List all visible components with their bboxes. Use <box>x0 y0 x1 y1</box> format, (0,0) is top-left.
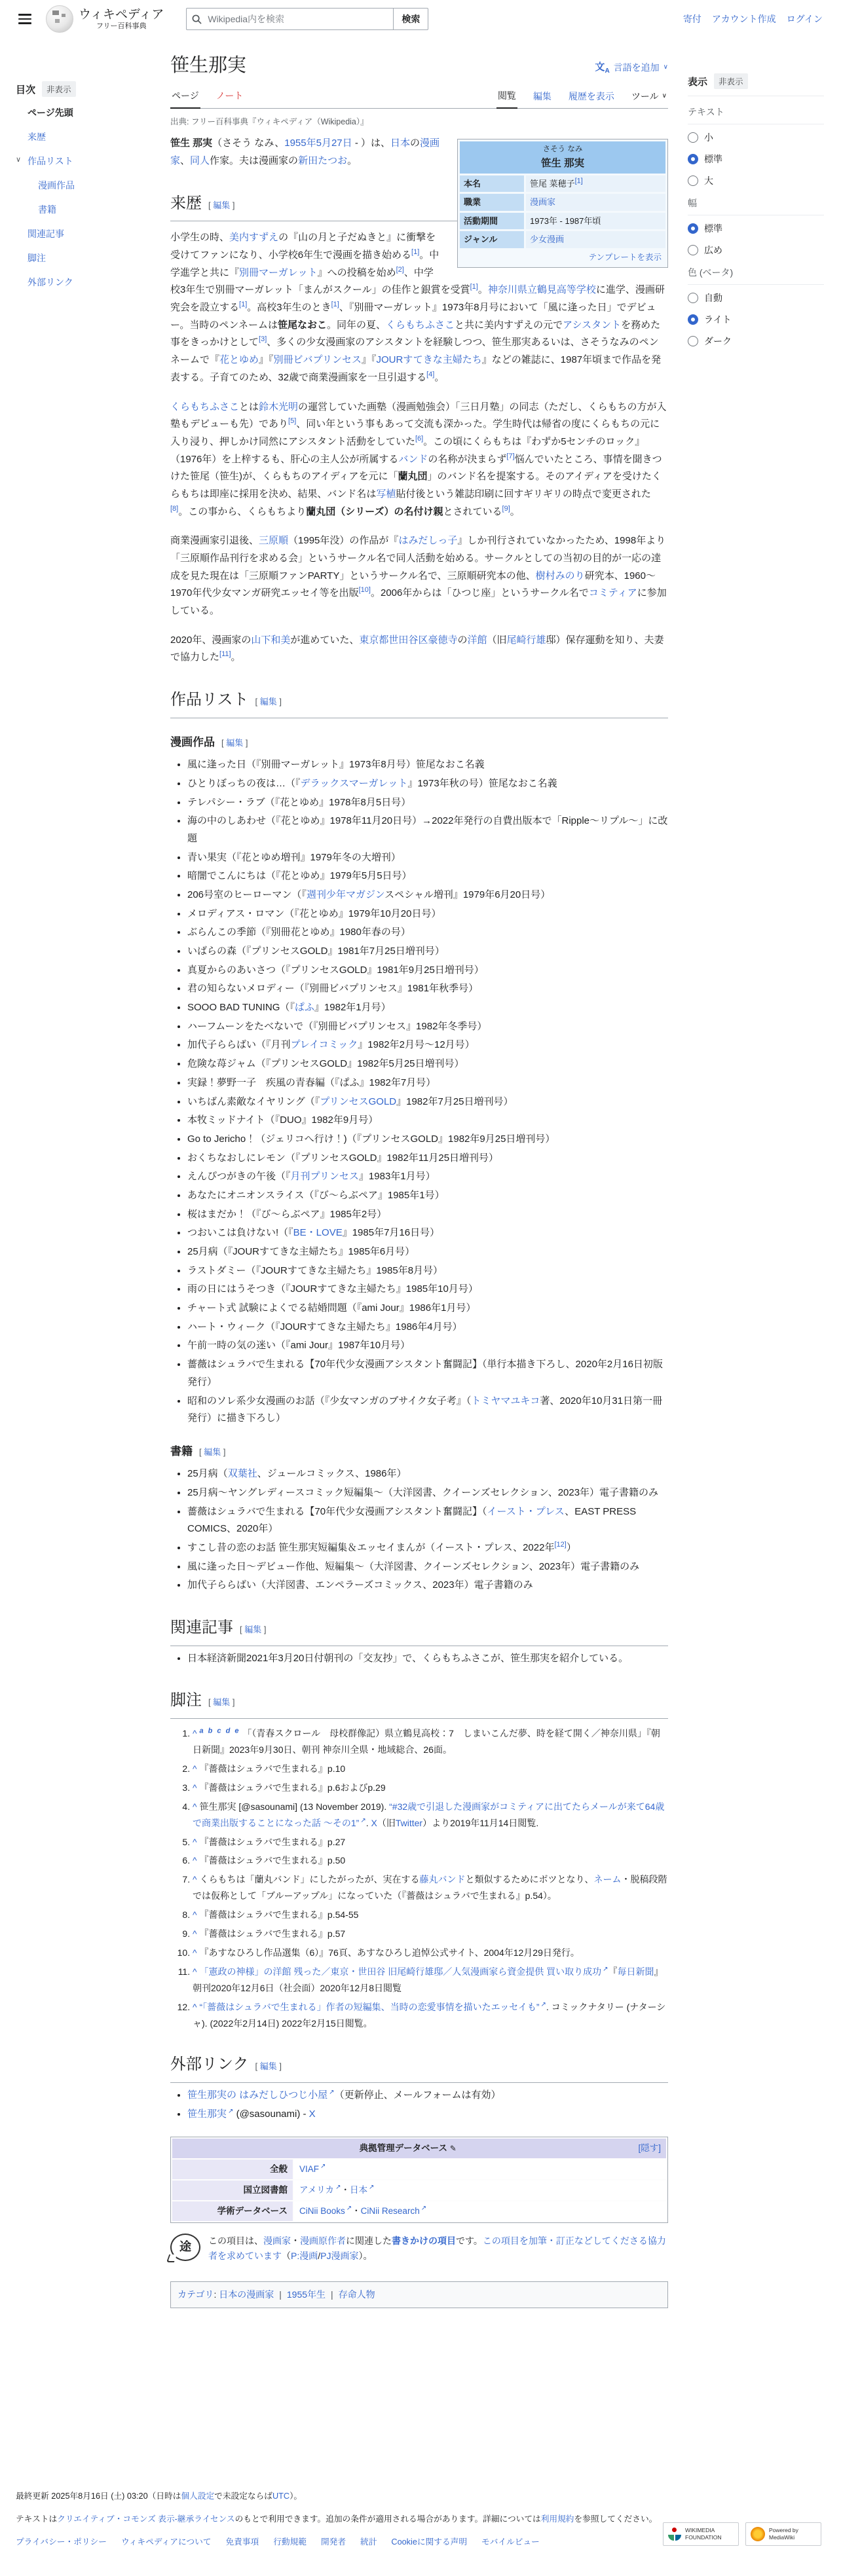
manga-works-list: 風に逢った日（『別冊マーガレット』1973年8月号）笹尾なおこ名義ひとりぼっちの… <box>170 756 668 1427</box>
list-item: 日本経済新聞2021年3月20日付朝刊の「交友抄」で、くらもちふさこが、笹生那実… <box>187 1650 668 1668</box>
top-header: ウィキペディア フリー百科事典 検索 寄付 アカウント作成 ログイン <box>0 0 841 38</box>
footnote-item: ^ “「薔薇はシュラバで生まれる」作者の短編集、当時の恋愛事情を描いたエッセイも… <box>193 1999 668 2032</box>
footer-link[interactable]: プライバシー・ポリシー <box>16 2535 107 2550</box>
toc-item-作品リスト[interactable]: ∨作品リスト <box>16 155 151 168</box>
radio-option-ダーク[interactable]: ダーク <box>688 335 824 348</box>
toc-link[interactable]: 書籍 <box>38 203 56 216</box>
inline-link[interactable]: UTC <box>272 2492 290 2501</box>
inline-link[interactable]: 別冊マーガレット <box>239 267 318 278</box>
backlink-letters: a b c d e <box>199 1727 240 1735</box>
radio-option-標準[interactable]: 標準 <box>688 222 824 235</box>
inline-link[interactable]: くらもちふさこ <box>386 320 455 331</box>
reference-link[interactable]: [9] <box>502 505 510 513</box>
edit-section-link[interactable]: [ 編集 ] <box>208 200 234 210</box>
page-footer: 最終更新 2025年8月16日 (土) 03:20（日時は個人設定で未設定ならば… <box>0 2472 841 2576</box>
reference: [7] <box>506 452 514 460</box>
hamburger-menu-icon[interactable] <box>13 7 37 31</box>
appearance-hide-button[interactable]: 非表示 <box>714 73 748 89</box>
show-template-link[interactable]: テンプレートを表示 <box>589 253 662 262</box>
last-modified-text: 最終更新 2025年8月16日 (土) 03:20（日時は個人設定で未設定ならば… <box>16 2489 658 2504</box>
infobox-label: ジャンル <box>460 231 524 248</box>
list-item: 午前一時の気の迷い（『ami Jour』1987年10月号） <box>187 1337 668 1355</box>
external-link-icon: ↗ <box>360 1817 365 1824</box>
list-item: 25月病（『JOURすてきな主婦たち』1985年6月号） <box>187 1243 668 1261</box>
edit-pencil-icon[interactable]: ✎ <box>450 2144 457 2153</box>
infobox-value: 1973年 - 1987年頃 <box>526 213 665 230</box>
inline-link[interactable]: 東京都 <box>359 635 388 646</box>
authority-row: 学術データベースCiNii Books↗・CiNii Research↗ <box>172 2201 666 2221</box>
stub-notice: 途 この項目は、漫画家・漫画原作者に関連した書きかけの項目です。この項目を加筆・… <box>170 2234 668 2265</box>
inline-link[interactable]: 美内すずえ <box>229 232 278 243</box>
authority-value: VIAF↗ <box>294 2160 666 2179</box>
search-bar: 検索 <box>186 8 428 30</box>
inline-link[interactable]: 同人 <box>190 155 210 166</box>
list-item: SOOO BAD TUNING（『ぱふ』1982年1月号） <box>187 999 668 1017</box>
tab-edit[interactable]: 編集 <box>533 91 551 101</box>
reference: [8] <box>170 505 178 513</box>
appearance-group: 幅標準広め <box>688 196 824 257</box>
inline-link[interactable]: 漫画家 <box>530 197 555 207</box>
list-item: メロディアス・ロマン（『花とゆめ』1979年10月20日号） <box>187 906 668 923</box>
appearance-group: 色 (ベータ)自動ライトダーク <box>688 266 824 348</box>
tab-talk[interactable]: ノート <box>216 90 244 101</box>
radio-selected-icon[interactable] <box>688 154 698 164</box>
inline-link[interactable]: ^ <box>193 1763 197 1774</box>
inline-link[interactable]: ^ <box>193 1874 197 1885</box>
inline-link[interactable]: 藤丸バンド <box>419 1874 465 1885</box>
list-item: 本牧ミッドナイト（『DUO』1982年9月号） <box>187 1112 668 1130</box>
page-title: 笹生那実 <box>170 54 246 77</box>
list-item: ハーフムーンをたべないで（『別冊ビバプリンセス』1982年冬季号） <box>187 1018 668 1036</box>
stub-text: この項目は、漫画家・漫画原作者に関連した書きかけの項目です。この項目を加筆・訂正… <box>208 2234 668 2265</box>
inline-link[interactable]: ぱふ <box>295 1002 314 1013</box>
list-item: 昭和のソレ系少女漫画のお話（『少女マンガのブサイク女子考』（トミヤマユキコ著、2… <box>187 1393 668 1427</box>
radio-label: 標準 <box>704 153 722 166</box>
inline-link[interactable]: ^ <box>193 1966 197 1977</box>
list-item: あなたにオニオンスライス（『び〜らぶペア』1985年1号） <box>187 1187 668 1205</box>
section-heading-external: 外部リンク[ 編集 ] <box>170 2051 668 2083</box>
authority-header-link[interactable]: 典拠管理データベース <box>360 2143 447 2153</box>
reference: [12] <box>554 1541 566 1549</box>
toc-link[interactable]: ページ先頭 <box>28 106 73 119</box>
toc-link[interactable]: 関連記事 <box>28 227 64 240</box>
list-item: テレパシー・ラブ（『花とゆめ』1978年8月5日号） <box>187 794 668 812</box>
toc-item-来歴[interactable]: 来歴 <box>16 130 151 143</box>
login-link[interactable]: ログイン <box>787 12 823 26</box>
appearance-group-title: 幅 <box>688 196 824 215</box>
radio-icon[interactable] <box>688 132 698 143</box>
inline-link[interactable]: 尾崎行雄 <box>507 635 546 646</box>
mediawiki-flower-icon <box>751 2527 765 2541</box>
reference-link[interactable]: [10] <box>359 586 371 594</box>
infobox-value: 笹尾 菜穂子[1] <box>526 175 665 193</box>
inline-link[interactable]: 樹村みのり <box>536 570 585 581</box>
list-item: チャート式 試験によくでる結婚問題（『ami Jour』1986年1月号） <box>187 1300 668 1317</box>
footer-link[interactable]: モバイルビュー <box>481 2535 540 2550</box>
list-item: 桜はまだか！（『び〜らぶペア』1985年2号） <box>187 1206 668 1224</box>
radio-icon[interactable] <box>688 336 698 346</box>
radio-label: ライト <box>704 313 732 326</box>
external-link[interactable]: “#32歳で引退した漫画家がコミティアに出てたらメールが来て64歳で商業出版する… <box>193 1801 664 1828</box>
inline-link[interactable]: はみだしっ子 <box>398 535 457 546</box>
radio-label: ダーク <box>704 335 732 348</box>
powered-by-mediawiki-badge[interactable]: Powered by MediaWiki <box>745 2522 821 2546</box>
edit-section-link[interactable]: [ 編集 ] <box>199 1447 225 1457</box>
language-icon: 文A <box>595 60 609 75</box>
chevron-down-icon: ∨ <box>662 92 667 100</box>
footnote-item: ^ 『薔薇はシュラバで生まれる』p.6およびp.29 <box>193 1780 668 1796</box>
toc-item-漫画作品[interactable]: 漫画作品 <box>16 179 151 192</box>
inline-link[interactable]: X <box>309 2108 316 2120</box>
inline-link[interactable]: 月刊プリンセス <box>291 1171 359 1182</box>
radio-label: 広め <box>704 244 722 257</box>
authority-control-box: [隠す] 典拠管理データベース ✎ 全般VIAF↗国立図書館アメリカ↗・日本↗学… <box>170 2137 668 2223</box>
toc-link[interactable]: 来歴 <box>28 130 46 143</box>
category-separator: | <box>274 2289 287 2300</box>
category-separator: | <box>326 2289 339 2300</box>
reference: [1] <box>239 301 247 308</box>
external-link-icon: ↗ <box>346 2205 352 2212</box>
infobox-row: 本名笹尾 菜穂子[1] <box>460 175 665 193</box>
create-account-link[interactable]: アカウント作成 <box>712 12 776 26</box>
inline-link[interactable]: JOURすてきな主婦たち <box>376 354 481 365</box>
inline-link[interactable]: PJ漫画家 <box>320 2251 358 2261</box>
radio-selected-icon[interactable] <box>688 223 698 234</box>
external-link[interactable]: アメリカ↗ <box>299 2185 341 2195</box>
inline-link[interactable]: くらもちふさこ <box>170 401 239 413</box>
radio-option-広め[interactable]: 広め <box>688 244 824 257</box>
history-paragraph: 2020年、漫画家の山下和美が進めていた、東京都世田谷区豪徳寺の洋館（旧尾崎行雄… <box>170 632 668 667</box>
history-paragraph: くらもちふさことは鈴木光明の運営していた画塾（漫画勉強会）「三日月塾」の同志（た… <box>170 399 668 521</box>
inline-link[interactable]: 5月27日 <box>316 138 352 149</box>
authority-row: 全般VIAF↗ <box>172 2160 666 2179</box>
infobox-label: 職業 <box>460 194 524 211</box>
tab-read[interactable]: 閲覧 <box>496 84 517 109</box>
infobox-row: 職業漫画家 <box>460 194 665 211</box>
toc-item-書籍[interactable]: 書籍 <box>16 203 151 216</box>
footer-link[interactable]: 行動規範 <box>273 2535 307 2550</box>
inline-link[interactable]: 漫画家 <box>263 2236 291 2246</box>
reference-link[interactable]: [1] <box>239 301 247 308</box>
list-item: 雨の日にはうそつき（『JOURすてきな主婦たち』1985年10月号） <box>187 1281 668 1298</box>
radio-option-ライト[interactable]: ライト <box>688 313 824 326</box>
list-item: つおいこは負けない!（『BE・LOVE』1985年7月16日号） <box>187 1224 668 1242</box>
logo-title: ウィキペディア <box>79 8 164 22</box>
inline-link[interactable]: 豪徳寺 <box>428 635 457 646</box>
chevron-down-icon: ∨ <box>663 64 668 71</box>
donate-link[interactable]: 寄付 <box>683 12 701 26</box>
infobox-label: 本名 <box>460 175 524 193</box>
external-link[interactable]: “「薔薇はシュラバで生まれる」作者の短編集、当時の恋愛事情を描いたエッセイも”↗ <box>199 2002 546 2012</box>
edit-section-link[interactable]: [ 編集 ] <box>208 1697 234 1707</box>
inline-link[interactable]: ^ <box>193 2002 197 2012</box>
external-link-icon: ↗ <box>421 2205 426 2212</box>
external-link-icon: ↗ <box>541 2001 546 2008</box>
toc-link[interactable]: 漫画作品 <box>38 179 75 192</box>
radio-label: 自動 <box>704 291 722 304</box>
appearance-group-title: 色 (ベータ) <box>688 266 824 285</box>
toc-item-ページ先頭[interactable]: ページ先頭 <box>16 106 151 119</box>
edit-section-link[interactable]: [ 編集 ] <box>255 2061 282 2071</box>
reference-link[interactable]: [8] <box>170 505 178 513</box>
footnote-item: ^ 「憲政の神様」の洋館 残った／東京・世田谷 旧尾崎行雄邸／人気漫画家ら資金提… <box>193 1964 668 1996</box>
reference-link[interactable]: [12] <box>554 1541 566 1549</box>
reference-link[interactable]: [1] <box>575 177 583 185</box>
related-list: 日本経済新聞2021年3月20日付朝刊の「交友抄」で、くらもちふさこが、笹生那実… <box>170 1650 668 1668</box>
infobox-header: さそう なみ 笹生 那実 <box>460 141 665 174</box>
radio-icon[interactable] <box>688 245 698 255</box>
list-item: 25月病（双葉社、ジュールコミックス、1986年） <box>187 1465 668 1483</box>
reference: [3] <box>259 335 267 343</box>
appearance-group: テキスト小標準大 <box>688 105 824 187</box>
footnote-item: ^ 『薔薇はシュラバで生まれる』p.57 <box>193 1926 668 1942</box>
inline-link[interactable]: 別冊ビバプリンセス <box>274 354 362 365</box>
inline-link[interactable]: 週刊少年マガジン <box>307 889 384 900</box>
add-language-button[interactable]: 文A 言語を追加 ∨ <box>595 60 668 77</box>
inline-link[interactable]: プレイコミック <box>291 1039 358 1050</box>
wikimedia-logo-icon <box>668 2528 681 2541</box>
toc-link[interactable]: 脚注 <box>28 251 46 265</box>
external-link[interactable]: 笹生那実↗ <box>187 2108 233 2120</box>
appearance-panel: 表示 非表示 テキスト小標準大幅標準広め色 (ベータ)自動ライトダーク <box>688 42 824 2308</box>
inline-link[interactable]: ^ <box>193 1855 197 1866</box>
external-link[interactable]: 「憲政の神様」の洋館 残った／東京・世田谷 旧尾崎行雄邸／人気漫画家ら資金提供 … <box>199 1966 608 1977</box>
toc-item-脚注[interactable]: 脚注 <box>16 251 151 265</box>
inline-link[interactable]: X <box>371 1818 377 1828</box>
inline-link[interactable]: 三原順 <box>259 535 288 546</box>
license-text: テキストはクリエイティブ・コモンズ 表示-継承ライセンスのもとで利用できます。追… <box>16 2512 658 2527</box>
footer-link[interactable]: ウィキペディアについて <box>121 2535 212 2550</box>
authority-value: CiNii Books↗・CiNii Research↗ <box>294 2201 666 2221</box>
toc-link[interactable]: 外部リンク <box>28 276 73 289</box>
inline-link[interactable]: ^ <box>193 1728 199 1739</box>
inline-link[interactable]: 書きかけの項目 <box>392 2236 456 2246</box>
reference-link[interactable]: [4] <box>426 371 434 378</box>
inline-link[interactable]: ネーム <box>593 1874 621 1885</box>
reference-link[interactable]: [1] <box>331 301 339 308</box>
category-label-link[interactable]: カテゴリ <box>178 2289 214 2300</box>
authority-hide-button[interactable]: [隠す] <box>638 2143 661 2153</box>
toc-expand-icon[interactable]: ∨ <box>16 155 21 164</box>
radio-icon[interactable] <box>688 293 698 303</box>
table-of-contents: 目次 非表示 ページ先頭来歴∨作品リスト漫画作品書籍関連記事脚注外部リンク <box>16 42 151 2308</box>
reference-link[interactable]: [1] <box>411 248 419 256</box>
list-item: いちばん素敵なイヤリング（『プリンセスGOLD』1982年7月25日増刊号） <box>187 1094 668 1111</box>
external-link-icon: ↗ <box>603 1966 608 1973</box>
list-item: 笹生那実↗ (@sasounami) - X <box>187 2106 668 2124</box>
reference-link[interactable]: [1] <box>470 283 478 291</box>
reference: [2] <box>396 266 404 274</box>
inline-link[interactable]: プリンセスGOLD <box>320 1096 396 1107</box>
section-heading-footnotes: 脚注[ 編集 ] <box>170 1687 668 1719</box>
reference-link[interactable]: [7] <box>506 452 514 460</box>
infobox-label: 活動期間 <box>460 213 524 230</box>
footer-link[interactable]: 開発者 <box>321 2535 346 2550</box>
inline-link[interactable]: 写植 <box>376 488 396 500</box>
bold-text: 笹尾なおこ <box>278 320 327 331</box>
list-item: 暗闇でこんにちは（『花とゆめ』1979年5月5日号） <box>187 868 668 885</box>
site-subtitle: 出典: フリー百科事典『ウィキペディア（Wikipedia）』 <box>170 115 668 127</box>
list-item: 風に逢った日〜デビュー作他、短編集〜（大洋図書、クイーンズセレクション、2023… <box>187 1558 668 1576</box>
radio-label: 小 <box>704 131 713 144</box>
inline-link[interactable]: 毎日新聞 <box>618 1966 654 1977</box>
inline-link[interactable]: 個人設定 <box>181 2492 214 2501</box>
reference: [1] <box>470 283 478 291</box>
infobox-row: 活動期間1973年 - 1987年頃 <box>460 213 665 230</box>
edit-section-link[interactable]: [ 編集 ] <box>255 697 282 707</box>
reference-link[interactable]: [5] <box>288 417 296 425</box>
inline-link[interactable]: 花とゆめ <box>219 354 259 365</box>
footnote-item: ^ 笹生那実 [@sasounami] (13 November 2019). … <box>193 1799 668 1831</box>
category-link[interactable]: 1955年生 <box>287 2289 326 2300</box>
external-link-icon: ↗ <box>335 2184 341 2191</box>
inline-link[interactable]: クリエイティブ・コモンズ 表示-継承ライセンス <box>57 2514 234 2524</box>
inline-link[interactable]: 日本 <box>390 138 410 149</box>
toc-link[interactable]: 作品リスト <box>28 155 73 168</box>
inline-link[interactable]: ^ <box>193 1947 197 1958</box>
wikipedia-logo[interactable]: ウィキペディア フリー百科事典 <box>46 5 164 33</box>
radio-label: 大 <box>704 174 713 187</box>
appearance-group-title: テキスト <box>688 105 824 124</box>
external-link[interactable]: VIAF↗ <box>299 2164 326 2174</box>
list-item: 青い果実（『花とゆめ増刊』1979年冬の大増刊） <box>187 849 668 867</box>
reference: [1] <box>331 301 339 308</box>
external-link[interactable]: 日本↗ <box>350 2185 374 2195</box>
inline-link[interactable]: デラックスマーガレット <box>301 778 408 789</box>
authority-row: 国立図書館アメリカ↗・日本↗ <box>172 2180 666 2200</box>
list-item: 笹生那実の はみだしひつじ小屋↗（更新停止、メールフォームは有効） <box>187 2087 668 2105</box>
inline-link[interactable]: BE・LOVE <box>293 1227 343 1238</box>
reference: [5] <box>288 417 296 425</box>
radio-selected-icon[interactable] <box>688 314 698 325</box>
list-item: 実録！夢野一子 疾風の青春編（『ぱふ』1982年7月号） <box>187 1075 668 1092</box>
reference: [1] <box>411 248 419 256</box>
list-item: ハート・ウィーク（『JOURすてきな主婦たち』1986年4月号） <box>187 1319 668 1336</box>
toc-hide-button[interactable]: 非表示 <box>42 81 76 97</box>
search-icon <box>192 14 202 24</box>
backlink[interactable]: a b c d e <box>199 1727 240 1735</box>
toc-item-関連記事[interactable]: 関連記事 <box>16 227 151 240</box>
list-item: 薔薇はシュラバで生まれる【70年代少女漫画アシスタント奮闘記】（単行本描き下ろし… <box>187 1356 668 1391</box>
inline-link[interactable]: ^ <box>193 1928 197 1939</box>
footer-link[interactable]: 統計 <box>360 2535 377 2550</box>
tools-menu[interactable]: ツール∨ <box>630 84 668 108</box>
inline-link[interactable]: 少女漫画 <box>530 234 564 244</box>
category-link[interactable]: 日本の漫画家 <box>219 2289 274 2300</box>
external-link-icon: ↗ <box>369 2184 374 2191</box>
inline-link[interactable]: 洋館 <box>467 635 487 646</box>
inline-link[interactable]: 鈴木光明 <box>259 401 298 413</box>
inline-link[interactable]: ^ <box>193 1801 197 1812</box>
reference-link[interactable]: [6] <box>415 435 423 443</box>
authority-value: アメリカ↗・日本↗ <box>294 2180 666 2200</box>
radio-option-自動[interactable]: 自動 <box>688 291 824 304</box>
list-item: ぶらんこの季節（『別冊花とゆめ』1980年春の号） <box>187 924 668 942</box>
radio-icon[interactable] <box>688 175 698 186</box>
radio-option-標準[interactable]: 標準 <box>688 153 824 166</box>
inline-link[interactable]: ^ <box>193 1837 197 1847</box>
list-item: 風に逢った日（『別冊マーガレット』1973年8月号）笹尾なおこ名義 <box>187 756 668 774</box>
footnote-item: ^ a b c d e 「（青春スクロール 母校群像記）県立鶴見高校：7 しまい… <box>193 1725 668 1758</box>
tab-page[interactable]: ページ <box>170 84 200 109</box>
footer-link[interactable]: 免責事項 <box>225 2535 259 2550</box>
logo-subtitle: フリー百科事典 <box>79 22 164 31</box>
list-item: Go to Jericho！（ジェリコへ行け！)（『プリンセスGOLD』1982… <box>187 1131 668 1149</box>
reference: [9] <box>502 505 510 513</box>
wikimedia-foundation-badge[interactable]: WIKIMEDIA FOUNDATION <box>663 2522 739 2546</box>
edit-section-link[interactable]: [ 編集 ] <box>240 1625 266 1634</box>
inline-link[interactable]: トミヤマユキコ <box>471 1395 540 1407</box>
search-button[interactable]: 検索 <box>393 8 428 30</box>
list-item: 25月病〜ヤングレディースコミック短編集〜（大洋図書、クイーンズセレクション、2… <box>187 1484 668 1502</box>
radio-label: 標準 <box>704 222 722 235</box>
edit-section-link[interactable]: [ 編集 ] <box>221 738 248 748</box>
radio-option-大[interactable]: 大 <box>688 174 824 187</box>
inline-link[interactable]: 利用規約 <box>541 2514 574 2524</box>
books-list: 25月病（双葉社、ジュールコミックス、1986年）25月病〜ヤングレディースコミ… <box>170 1465 668 1594</box>
inline-link[interactable]: P:漫画 <box>291 2251 318 2261</box>
inline-link[interactable]: 神奈川県立鶴見高等学校 <box>488 284 596 295</box>
article-body: さそう なみ 笹生 那実 本名笹尾 菜穂子[1]職業漫画家活動期間1973年 -… <box>170 135 668 2308</box>
inline-link[interactable]: Twitter <box>396 1818 422 1828</box>
inline-link[interactable]: 山下和美 <box>251 635 290 646</box>
inline-link[interactable]: 世田谷区 <box>388 635 428 646</box>
category-link[interactable]: 存命人物 <box>339 2289 375 2300</box>
search-input[interactable] <box>206 13 388 25</box>
reference-link[interactable]: [11] <box>219 650 231 658</box>
inline-link[interactable]: 漫画原作者 <box>300 2236 346 2246</box>
toc-item-外部リンク[interactable]: 外部リンク <box>16 276 151 289</box>
wikipedia-globe-icon <box>46 5 73 33</box>
radio-option-小[interactable]: 小 <box>688 131 824 144</box>
toc-heading: 目次 <box>16 83 35 96</box>
list-item: 206号室のヒーローマン（『週刊少年マガジンスペシャル増刊』1979年6月20日… <box>187 887 668 904</box>
inline-link[interactable]: ^ <box>193 1782 197 1793</box>
authority-label: 国立図書館 <box>172 2180 293 2200</box>
bold-text: 笹生 那実 <box>170 138 212 149</box>
reference: [4] <box>426 371 434 378</box>
external-link[interactable]: CiNii Books↗ <box>299 2206 352 2216</box>
inline-link[interactable]: イースト・プレス <box>487 1506 565 1517</box>
footer-link[interactable]: Cookieに関する声明 <box>391 2535 467 2550</box>
inline-link[interactable]: アシスタント <box>563 320 621 331</box>
inline-link[interactable]: コミティア <box>589 587 637 598</box>
list-item: 危険な苺ジャム（『プリンセスGOLD』1982年5月25日増刊号） <box>187 1056 668 1073</box>
section-heading-works: 作品リスト[ 編集 ] <box>170 686 668 718</box>
list-item: 加代子ららばい（大洋図書、エンペラーズコミックス、2023年）電子書籍のみ <box>187 1577 668 1594</box>
external-link[interactable]: CiNii Research↗ <box>361 2206 426 2216</box>
external-links-list: 笹生那実の はみだしひつじ小屋↗（更新停止、メールフォームは有効）笹生那実↗ (… <box>170 2087 668 2123</box>
footnote-item: ^ 『あすなひろし作品選集（6）』76頁、あすなひろし追悼公式サイト、2004年… <box>193 1945 668 1961</box>
inline-link[interactable]: 1955年 <box>284 138 316 149</box>
reference-link[interactable]: [3] <box>259 335 267 343</box>
inline-link[interactable]: ^ <box>193 1909 197 1920</box>
list-item: えんぴつがきの午後（『月刊プリンセス』1983年1月号） <box>187 1168 668 1186</box>
reference-link[interactable]: [2] <box>396 266 404 274</box>
list-item: ラストダミー（『JOURすてきな主婦たち』1985年8月号） <box>187 1262 668 1280</box>
inline-link[interactable]: 新田たつお <box>298 155 347 166</box>
inline-link[interactable]: バンド <box>398 454 428 465</box>
footnote-item: ^ 『薔薇はシュラバで生まれる』p.27 <box>193 1834 668 1850</box>
inline-link[interactable]: 双葉社 <box>228 1468 257 1479</box>
history-paragraph: 商業漫画家引退後、三原順（1995年没）の作品が『はみだしっ子』しか刊行されてい… <box>170 532 668 619</box>
external-link[interactable]: 笹生那実の はみだしひつじ小屋↗ <box>187 2089 335 2101</box>
authority-label: 全般 <box>172 2160 293 2179</box>
section-heading-manga: 漫画作品[ 編集 ] <box>170 733 668 752</box>
tab-history[interactable]: 履歴を表示 <box>569 91 614 101</box>
reference: [10] <box>359 586 371 594</box>
infobox-value: 漫画家 <box>526 194 665 211</box>
